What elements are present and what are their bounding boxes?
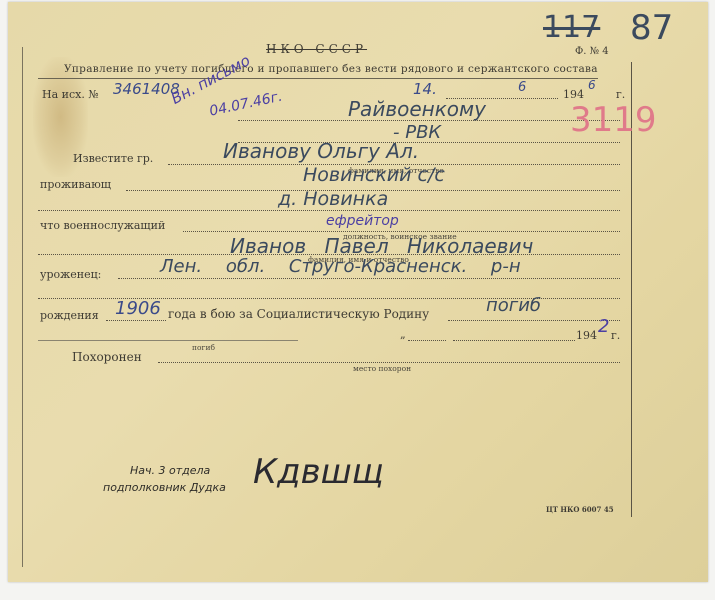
native-label: уроженец: bbox=[40, 268, 101, 281]
born-year: 1906 bbox=[115, 298, 161, 319]
form-number: Ф. № 4 bbox=[575, 46, 609, 57]
archive-number: 87 bbox=[630, 8, 673, 48]
residing-label: проживающ bbox=[40, 178, 111, 191]
buried-caption: место похорон bbox=[353, 364, 411, 373]
date-month-dots bbox=[453, 340, 575, 341]
archival-form: НКО СССР Ф. № 4 117 87 Управление по уче… bbox=[8, 2, 708, 582]
crossed-number: 117 bbox=[543, 10, 600, 45]
outgoing-year-suffix: 6 bbox=[588, 78, 596, 92]
org-header: НКО СССР bbox=[266, 42, 367, 56]
signature-line1: Нач. 3 отдела bbox=[130, 464, 210, 477]
date-rule-left bbox=[38, 340, 298, 341]
subtitle-rule bbox=[38, 78, 598, 79]
residing-value2: д. Новинка bbox=[278, 188, 388, 210]
date-quote: „ bbox=[400, 328, 406, 341]
residing-value: Новинский с/с bbox=[303, 164, 445, 186]
rank-value: ефрейтор bbox=[326, 213, 399, 229]
date-year-prefix: 194 bbox=[576, 329, 597, 342]
born-label: рождения bbox=[40, 309, 99, 322]
outgoing-day: 14. bbox=[413, 80, 437, 98]
born-dots bbox=[106, 320, 166, 321]
fate-caption: погиб bbox=[192, 343, 215, 352]
outgoing-label: На исх. № bbox=[42, 88, 99, 101]
signature-scrawl: Кдвшщ bbox=[253, 452, 384, 492]
date-year-suffix: 2 bbox=[598, 316, 609, 337]
serviceman-label: что военнослужащий bbox=[40, 219, 165, 232]
residing-dots2 bbox=[38, 210, 620, 211]
date-unit: г. bbox=[611, 329, 620, 342]
violet-note-line2: 04.07.46г. bbox=[208, 89, 284, 120]
native-dots bbox=[118, 278, 620, 279]
fate-dots bbox=[448, 320, 620, 321]
addressee-dots1 bbox=[238, 120, 620, 121]
buried-label: Похоронен bbox=[72, 350, 142, 364]
margin-line bbox=[22, 47, 23, 567]
notify-value: Иванову Ольгу Ал. bbox=[223, 139, 419, 163]
date-day-dots bbox=[408, 340, 446, 341]
buried-dots bbox=[158, 362, 620, 363]
red-stamp-number: 3119 bbox=[570, 100, 657, 140]
notify-label: Известите гр. bbox=[73, 152, 153, 165]
signature-line2: подполковник Дудка bbox=[103, 481, 226, 494]
outgoing-month: 6 bbox=[518, 80, 526, 95]
native-value: Лен. обл. Струго-Красненск. р-н bbox=[160, 256, 521, 277]
battle-text: года в бою за Социалистическую Родину bbox=[168, 307, 429, 321]
addressee-line1: Райвоенкому bbox=[348, 97, 486, 121]
form-subtitle: Управление по учету погибшего и пропавше… bbox=[64, 63, 598, 75]
fate-value: погиб bbox=[486, 295, 541, 316]
printer-mark: ЦТ НКО 6007 45 bbox=[546, 505, 614, 514]
